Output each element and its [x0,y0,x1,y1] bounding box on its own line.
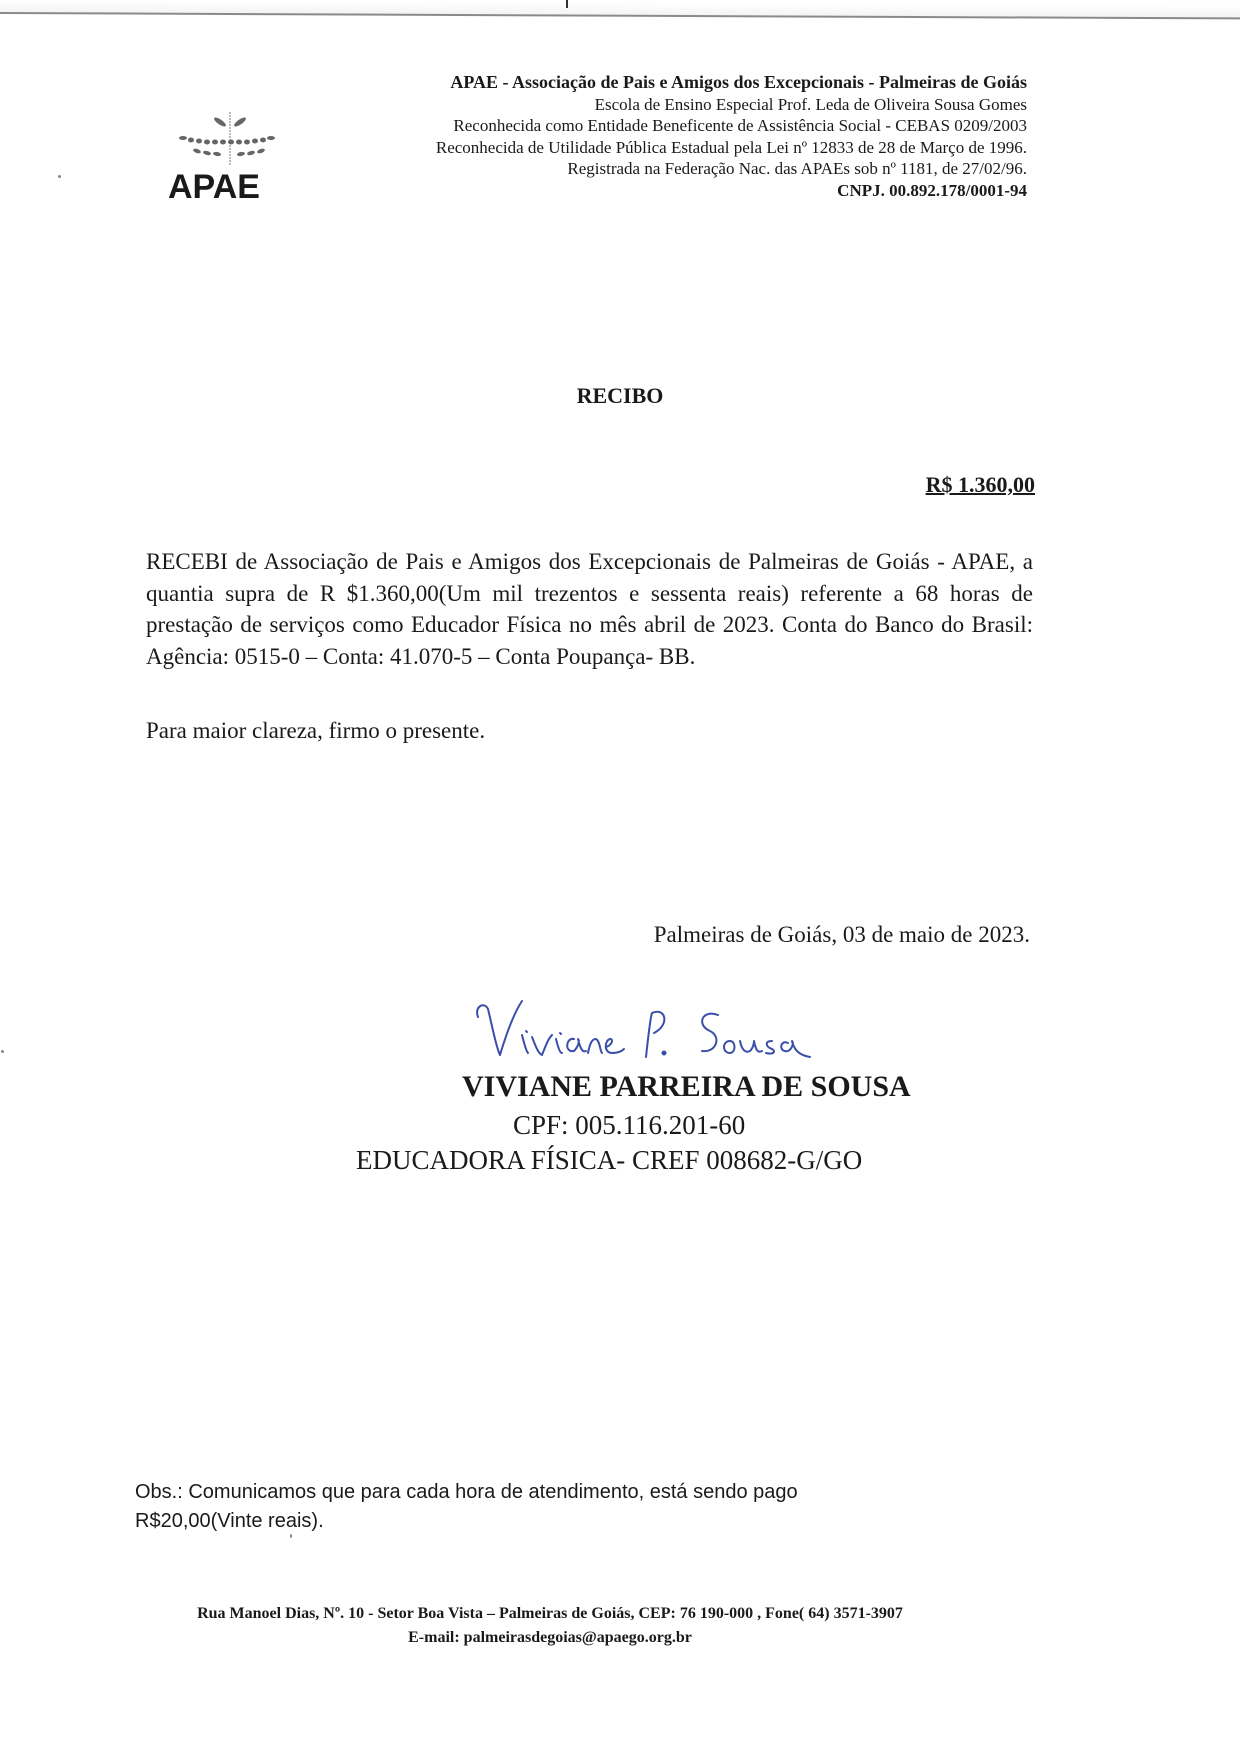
scan-speck [58,175,61,178]
letterhead-line: Reconhecida como Entidade Beneficente de… [300,115,1027,137]
apae-logo: APAE [165,108,295,208]
letterhead-line: Registrada na Federação Nac. das APAEs s… [300,158,1027,180]
cnpj: CNPJ. 00.892.178/0001-94 [300,180,1027,202]
scan-edge [0,0,1240,19]
footer-address: Rua Manoel Dias, Nº. 10 - Setor Boa Vist… [100,1602,1000,1626]
signer-name: VIVIANE PARREIRA DE SOUSA [462,1070,911,1104]
scan-speck [290,1534,292,1538]
letterhead-line: Reconhecida de Utilidade Pública Estadua… [300,137,1027,159]
handwritten-signature [470,995,850,1075]
letterhead-line: Escola de Ensino Especial Prof. Leda de … [300,94,1027,116]
scan-mark [566,0,568,8]
receipt-body: RECEBI de Associação de Pais e Amigos do… [146,546,1033,672]
observation-line: Obs.: Comunicamos que para cada hora de … [135,1478,895,1507]
logo-text: APAE [168,168,260,207]
letterhead: APAE - Associação de Pais e Amigos dos E… [300,72,1027,201]
signer-cpf: CPF: 005.116.201-60 [513,1110,745,1141]
document-title: RECIBO [0,383,1240,409]
receipt-amount: R$ 1.360,00 [926,472,1035,498]
laurel-flower-icon [175,108,285,168]
observation-note: Obs.: Comunicamos que para cada hora de … [135,1478,895,1536]
footer-email: E-mail: palmeirasdegoias@apaego.org.br [100,1626,1000,1650]
org-name: APAE - Associação de Pais e Amigos dos E… [300,72,1027,94]
scan-speck [1,1050,4,1053]
footer: Rua Manoel Dias, Nº. 10 - Setor Boa Vist… [100,1602,1000,1650]
signer-role: EDUCADORA FÍSICA- CREF 008682-G/GO [356,1145,862,1176]
place-date: Palmeiras de Goiás, 03 de maio de 2023. [654,922,1030,948]
observation-line: R$20,00(Vinte reais). [135,1507,895,1536]
closing-statement: Para maior clareza, firmo o presente. [146,718,485,744]
